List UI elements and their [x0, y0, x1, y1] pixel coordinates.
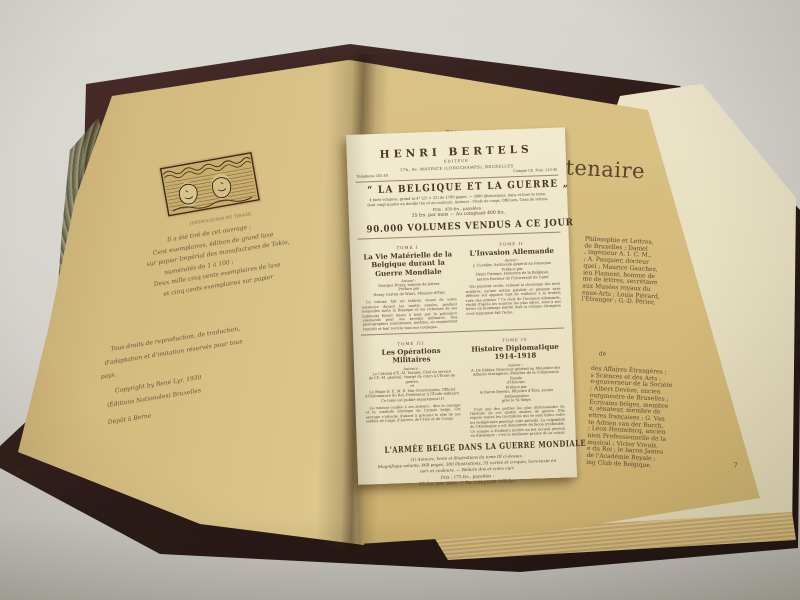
copyright-statement: Tous droits de reproduction, de traducti…: [96, 309, 336, 429]
tome-title: Histoire Diplomatique 1914-1918: [467, 343, 563, 363]
tome-paragraph: La mission confiée à ses auteurs : dire …: [365, 403, 461, 424]
advertisement-leaflet: HENRI BERTELS ÉDITEUR 17b, Av. MAURICE (…: [346, 127, 577, 484]
tome-title: La Vie Matérielle de la Belgique durant …: [360, 250, 456, 278]
author-lines: A. De Ridder, Directeur général au Minis…: [468, 365, 564, 404]
tome-block: TOME II L'Invasion Allemande Auteur : J.…: [464, 238, 562, 328]
title-fragment-centenaire: tenaire: [565, 155, 646, 183]
column-fragment-mid: de: [599, 350, 607, 357]
tome-row-1: TOME I La Vie Matérielle de la Belgique …: [357, 236, 565, 332]
text-fragment-line: l'Étranger ; G.-D. Périer,: [581, 297, 659, 308]
book-photo-scene: ENCYCLOPÉDIE NATIONALE tenaire Philosoph…: [0, 0, 800, 600]
author-lines: Le Colonel d'É.-M. Tasnier, Chef du serv…: [364, 369, 460, 404]
column-fragments-bottom: des Affaires Étrangères ;s Sciences et d…: [586, 366, 673, 471]
tome-paragraph: C'est une des parties les plus intéressa…: [470, 404, 566, 438]
tome-block: TOME IV Histoire Diplomatique 1914-1918 …: [467, 334, 565, 439]
publisher-account: Compte Ch. Post. 110.45: [513, 168, 557, 174]
tome-paragraph: Ce volume fait un tableau vivant de notr…: [362, 298, 458, 332]
author-lines: J. Cuvelier, Archiviste général du Royau…: [465, 261, 561, 282]
author-lines: Georges Henry, homme de lettresPréface p…: [361, 281, 456, 298]
left-page-number: 8: [16, 470, 20, 477]
column-fragments-top: Philosophie et Lettres,de Bruxelles ; Da…: [581, 236, 662, 307]
woodcut-illustration: [159, 151, 260, 217]
right-page-number: 7: [733, 462, 738, 470]
tome-block: TOME III Les Opérations Militaires Auteu…: [363, 337, 461, 442]
publisher-phone: Téléphone 183.45: [356, 174, 388, 179]
tome-paragraph: Qui pourrait croire, relisant la chroniq…: [465, 282, 561, 316]
tome-title: Les Opérations Militaires: [364, 346, 460, 366]
tome-block: TOME I La Vie Matérielle de la Belgique …: [360, 241, 458, 331]
tome-row-2: TOME III Les Opérations Militaires Auteu…: [360, 332, 568, 442]
